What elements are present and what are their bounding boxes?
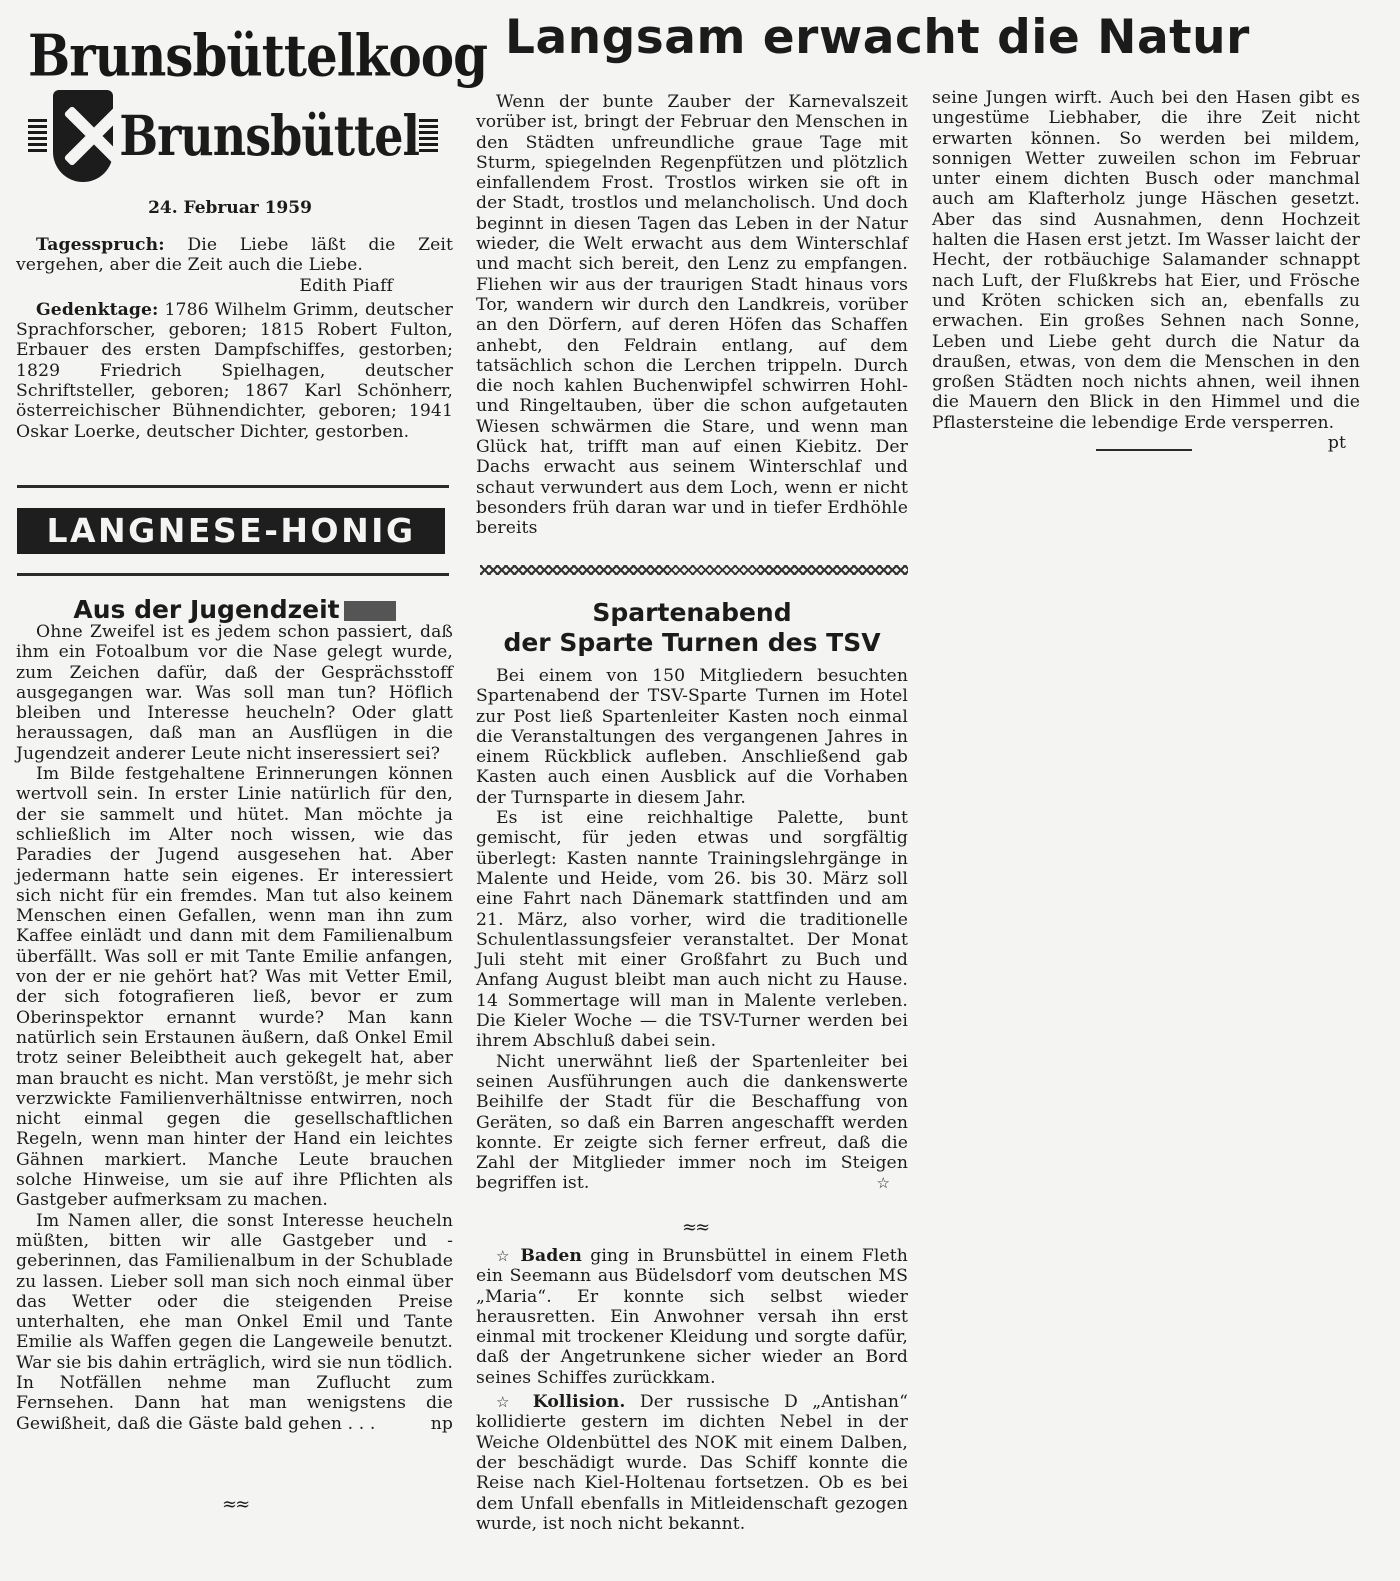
star-icon: ☆ (496, 1393, 518, 1411)
star-icon: ☆ (856, 1173, 908, 1193)
short-news: ☆ Baden ging in Brunsbüttel in einem Fle… (476, 1246, 908, 1534)
advertisement-langnese-honig: LANGNESE-HONIG (17, 508, 445, 554)
paragraph: Im Namen aller, die sonst Interesse heuc… (16, 1211, 453, 1434)
paragraph: Es ist eine reichhaltige Palette, bunt g… (476, 808, 908, 1052)
masthead-banner: Brunsbüttel (28, 90, 438, 182)
masthead-title-brunsbuettel: Brunsbüttel (119, 104, 419, 169)
news-item-baden: ☆ Baden ging in Brunsbüttel in einem Fle… (476, 1246, 908, 1388)
anchor-crest-icon (53, 90, 113, 182)
article-title-natur: Langsam erwacht die Natur (505, 8, 1345, 68)
article-natur-column-2: seine Jungen wirft. Auch bei den Hasen g… (932, 88, 1360, 453)
article-natur-column-1: Wenn der bunte Zauber der Karnevalszeit … (476, 92, 908, 539)
paragraph: Wenn der bunte Zauber der Karnevalszeit … (476, 92, 908, 539)
wave-divider (480, 565, 908, 575)
article-title-spartenabend: Spartenabend der Sparte Turnen des TSV (476, 598, 908, 658)
tagesspruch: Tagesspruch: Die Liebe läßt die Zeit ver… (16, 235, 453, 276)
issue-date: 24. Februar 1959 (0, 198, 460, 218)
banner-right-end (419, 119, 438, 153)
gedenktage: Gedenktage: 1786 Wilhelm Grimm, deutsche… (16, 300, 453, 442)
paragraph: seine Jungen wirft. Auch bei den Hasen g… (932, 88, 1360, 433)
masthead-title-brunsbuettelkoog: Brunsbüttelkoog (28, 24, 438, 88)
article-jugendzeit: Ohne Zweifel ist es jedem schon passiert… (16, 622, 453, 1434)
masthead: Brunsbüttelkoog Brunsbüttel (28, 28, 438, 182)
paragraph: Bei einem von 150 Mitgliedern besuchten … (476, 666, 908, 808)
ornament-icon (344, 601, 396, 621)
article-spartenabend: Bei einem von 150 Mitgliedern besuchten … (476, 666, 908, 1194)
wave-ornament: ≈≈ (222, 1494, 248, 1515)
wave-ornament: ≈≈ (682, 1217, 708, 1238)
divider-rule (17, 573, 449, 576)
star-icon: ☆ (496, 1247, 512, 1265)
tagesspruch-author: Edith Piaff (16, 276, 453, 296)
daily-info: Tagesspruch: Die Liebe läßt die Zeit ver… (16, 235, 453, 442)
news-item-kollision: ☆ Kollision. Der russische D „Antishan“ … (476, 1392, 908, 1534)
author-signoff: pt (1328, 433, 1360, 453)
article-title-jugendzeit: Aus der Jugendzeit (16, 595, 453, 625)
banner-left-end (28, 119, 47, 153)
divider-rule (17, 485, 449, 488)
paragraph: Ohne Zweifel ist es jedem schon passiert… (16, 622, 453, 764)
end-rule (1096, 449, 1192, 451)
paragraph: Nicht unerwähnt ließ der Spartenleiter b… (476, 1052, 908, 1194)
paragraph: Im Bilde festgehaltene Erinnerungen könn… (16, 764, 453, 1211)
author-signoff: np (411, 1414, 453, 1434)
